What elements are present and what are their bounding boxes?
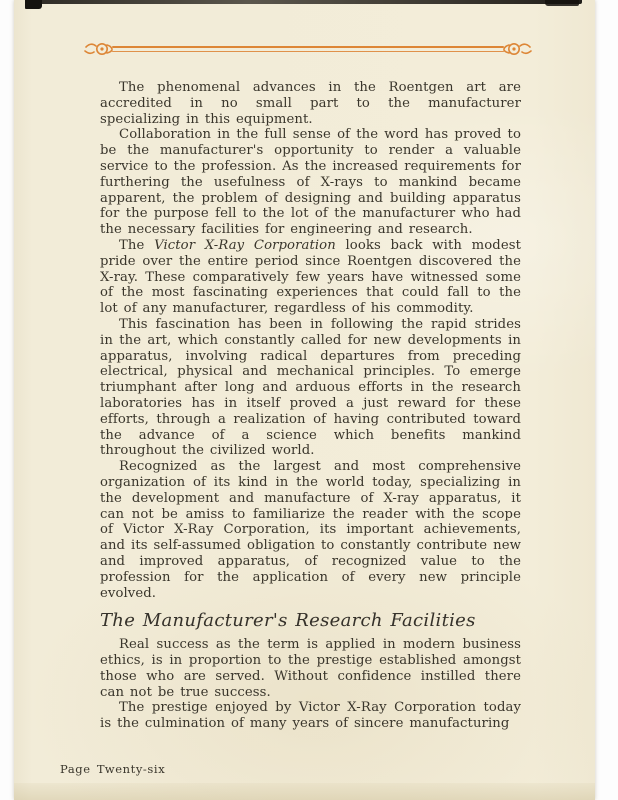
scroll-ornament-left-icon — [84, 38, 114, 60]
scan-edge-artifact-right — [545, 0, 579, 6]
book-page-scan: { "page": { "footer": "Page Twenty-six",… — [0, 0, 618, 800]
scan-edge-artifact — [30, 0, 582, 4]
scroll-ornament-right-icon — [502, 38, 532, 60]
decorative-header-rule — [84, 38, 532, 60]
double-rule-lines — [112, 46, 504, 53]
paragraph-3: The Victor X-Ray Corporation looks back … — [100, 238, 521, 317]
paragraph-2: Collaboration in the full sense of the w… — [100, 127, 521, 238]
paragraph-5: Recognized as the largest and most compr… — [100, 459, 521, 601]
rule-line-bottom — [112, 51, 504, 53]
corporation-name-italic: Victor X-Ray Corporation — [154, 238, 336, 253]
paragraph-3-lead: The — [119, 238, 154, 253]
page-number-footer: Page Twenty-six — [60, 762, 165, 776]
paragraph-6: Real success as the term is applied in m… — [100, 637, 521, 700]
paragraph-7: The prestige enjoyed by Victor X-Ray Cor… — [100, 700, 521, 732]
paragraph-1: The phenomenal advances in the Roentgen … — [100, 80, 521, 127]
paragraph-4: This fascination has been in following t… — [100, 317, 521, 459]
paper-bottom-shadow — [14, 783, 595, 800]
rule-line-top — [112, 46, 504, 49]
section-heading: The Manufacturer's Research Facilities — [100, 610, 521, 632]
scan-corner-artifact — [25, 0, 42, 9]
page-text-block: The phenomenal advances in the Roentgen … — [100, 80, 521, 732]
